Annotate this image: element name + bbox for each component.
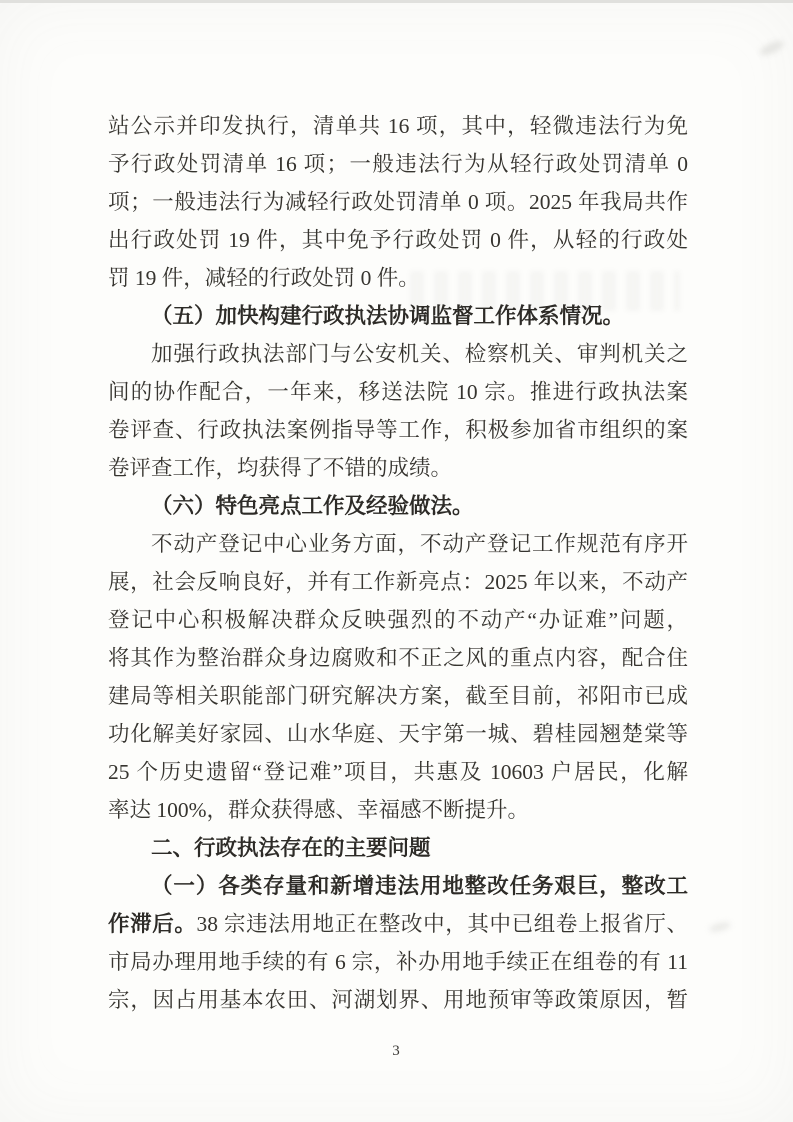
paragraph-line: 卷评查工作，均获得了不错的成绩。 bbox=[108, 449, 688, 487]
paragraph-line: 不动产登记中心业务方面，不动产登记工作规范有序开 bbox=[108, 525, 688, 563]
section-heading: （五）加快构建行政执法协调监督工作体系情况。 bbox=[108, 297, 688, 335]
text-run: 38 宗违法用地正在整改中，其中已组卷上报省厅、 bbox=[197, 912, 688, 936]
scan-smudge bbox=[708, 920, 731, 933]
paragraph-line: 登记中心积极解决群众反映强烈的不动产“办证难”问题， bbox=[108, 601, 688, 639]
document-page: 站公示并印发执行，清单共 16 项，其中，轻微违法行为免予行政处罚清单 16 项… bbox=[0, 0, 793, 1122]
paragraph-line: 站公示并印发执行，清单共 16 项，其中，轻微违法行为免 bbox=[108, 107, 688, 145]
paragraph-line: 予行政处罚清单 16 项；一般违法行为从轻行政处罚清单 0 bbox=[108, 145, 688, 183]
paragraph-line: 将其作为整治群众身边腐败和不正之风的重点内容，配合住 bbox=[108, 639, 688, 677]
bold-run: （一）各类存量和新增违法用地整改任务艰巨，整改工 bbox=[151, 874, 688, 898]
chapter-heading: 二、行政执法存在的主要问题 bbox=[108, 829, 688, 867]
paragraph-line: 卷评查、行政执法案例指导等工作，积极参加省市组织的案 bbox=[108, 411, 688, 449]
paragraph-line: 展，社会反响良好，并有工作新亮点：2025 年以来，不动产 bbox=[108, 563, 688, 601]
paragraph-line: 出行政处罚 19 件，其中免予行政处罚 0 件，从轻的行政处 bbox=[108, 221, 688, 259]
paragraph-line: （一）各类存量和新增违法用地整改任务艰巨，整改工 bbox=[108, 867, 688, 905]
section-heading: （六）特色亮点工作及经验做法。 bbox=[108, 487, 688, 525]
paragraph-line: 建局等相关职能部门研究解决方案，截至目前，祁阳市已成 bbox=[108, 677, 688, 715]
paragraph-line: 项；一般违法行为减轻行政处罚清单 0 项。2025 年我局共作 bbox=[108, 183, 688, 221]
document-body: 站公示并印发执行，清单共 16 项，其中，轻微违法行为免予行政处罚清单 16 项… bbox=[108, 107, 688, 1019]
paragraph-line: 功化解美好家园、山水华庭、天宇第一城、碧桂园翘楚棠等 bbox=[108, 715, 688, 753]
paragraph-line: 率达 100%，群众获得感、幸福感不断提升。 bbox=[108, 791, 688, 829]
paragraph-line: 作滞后。38 宗违法用地正在整改中，其中已组卷上报省厅、 bbox=[108, 905, 688, 943]
paragraph-line: 罚 19 件，减轻的行政处罚 0 件。 bbox=[108, 259, 688, 297]
paragraph-line: 加强行政执法部门与公安机关、检察机关、审判机关之 bbox=[108, 335, 688, 373]
paragraph-line: 间的协作配合，一年来，移送法院 10 宗。推进行政执法案 bbox=[108, 373, 688, 411]
paragraph-line: 25 个历史遗留“登记难”项目，共惠及 10603 户居民，化解 bbox=[108, 753, 688, 791]
scan-smudge bbox=[758, 38, 786, 58]
paragraph-line: 宗，因占用基本农田、河湖划界、用地预审等政策原因，暂 bbox=[108, 981, 688, 1019]
page-number: 3 bbox=[0, 1043, 793, 1060]
bold-run: 作滞后。 bbox=[108, 912, 197, 936]
paragraph-line: 市局办理用地手续的有 6 宗，补办用地手续正在组卷的有 11 bbox=[108, 943, 688, 981]
